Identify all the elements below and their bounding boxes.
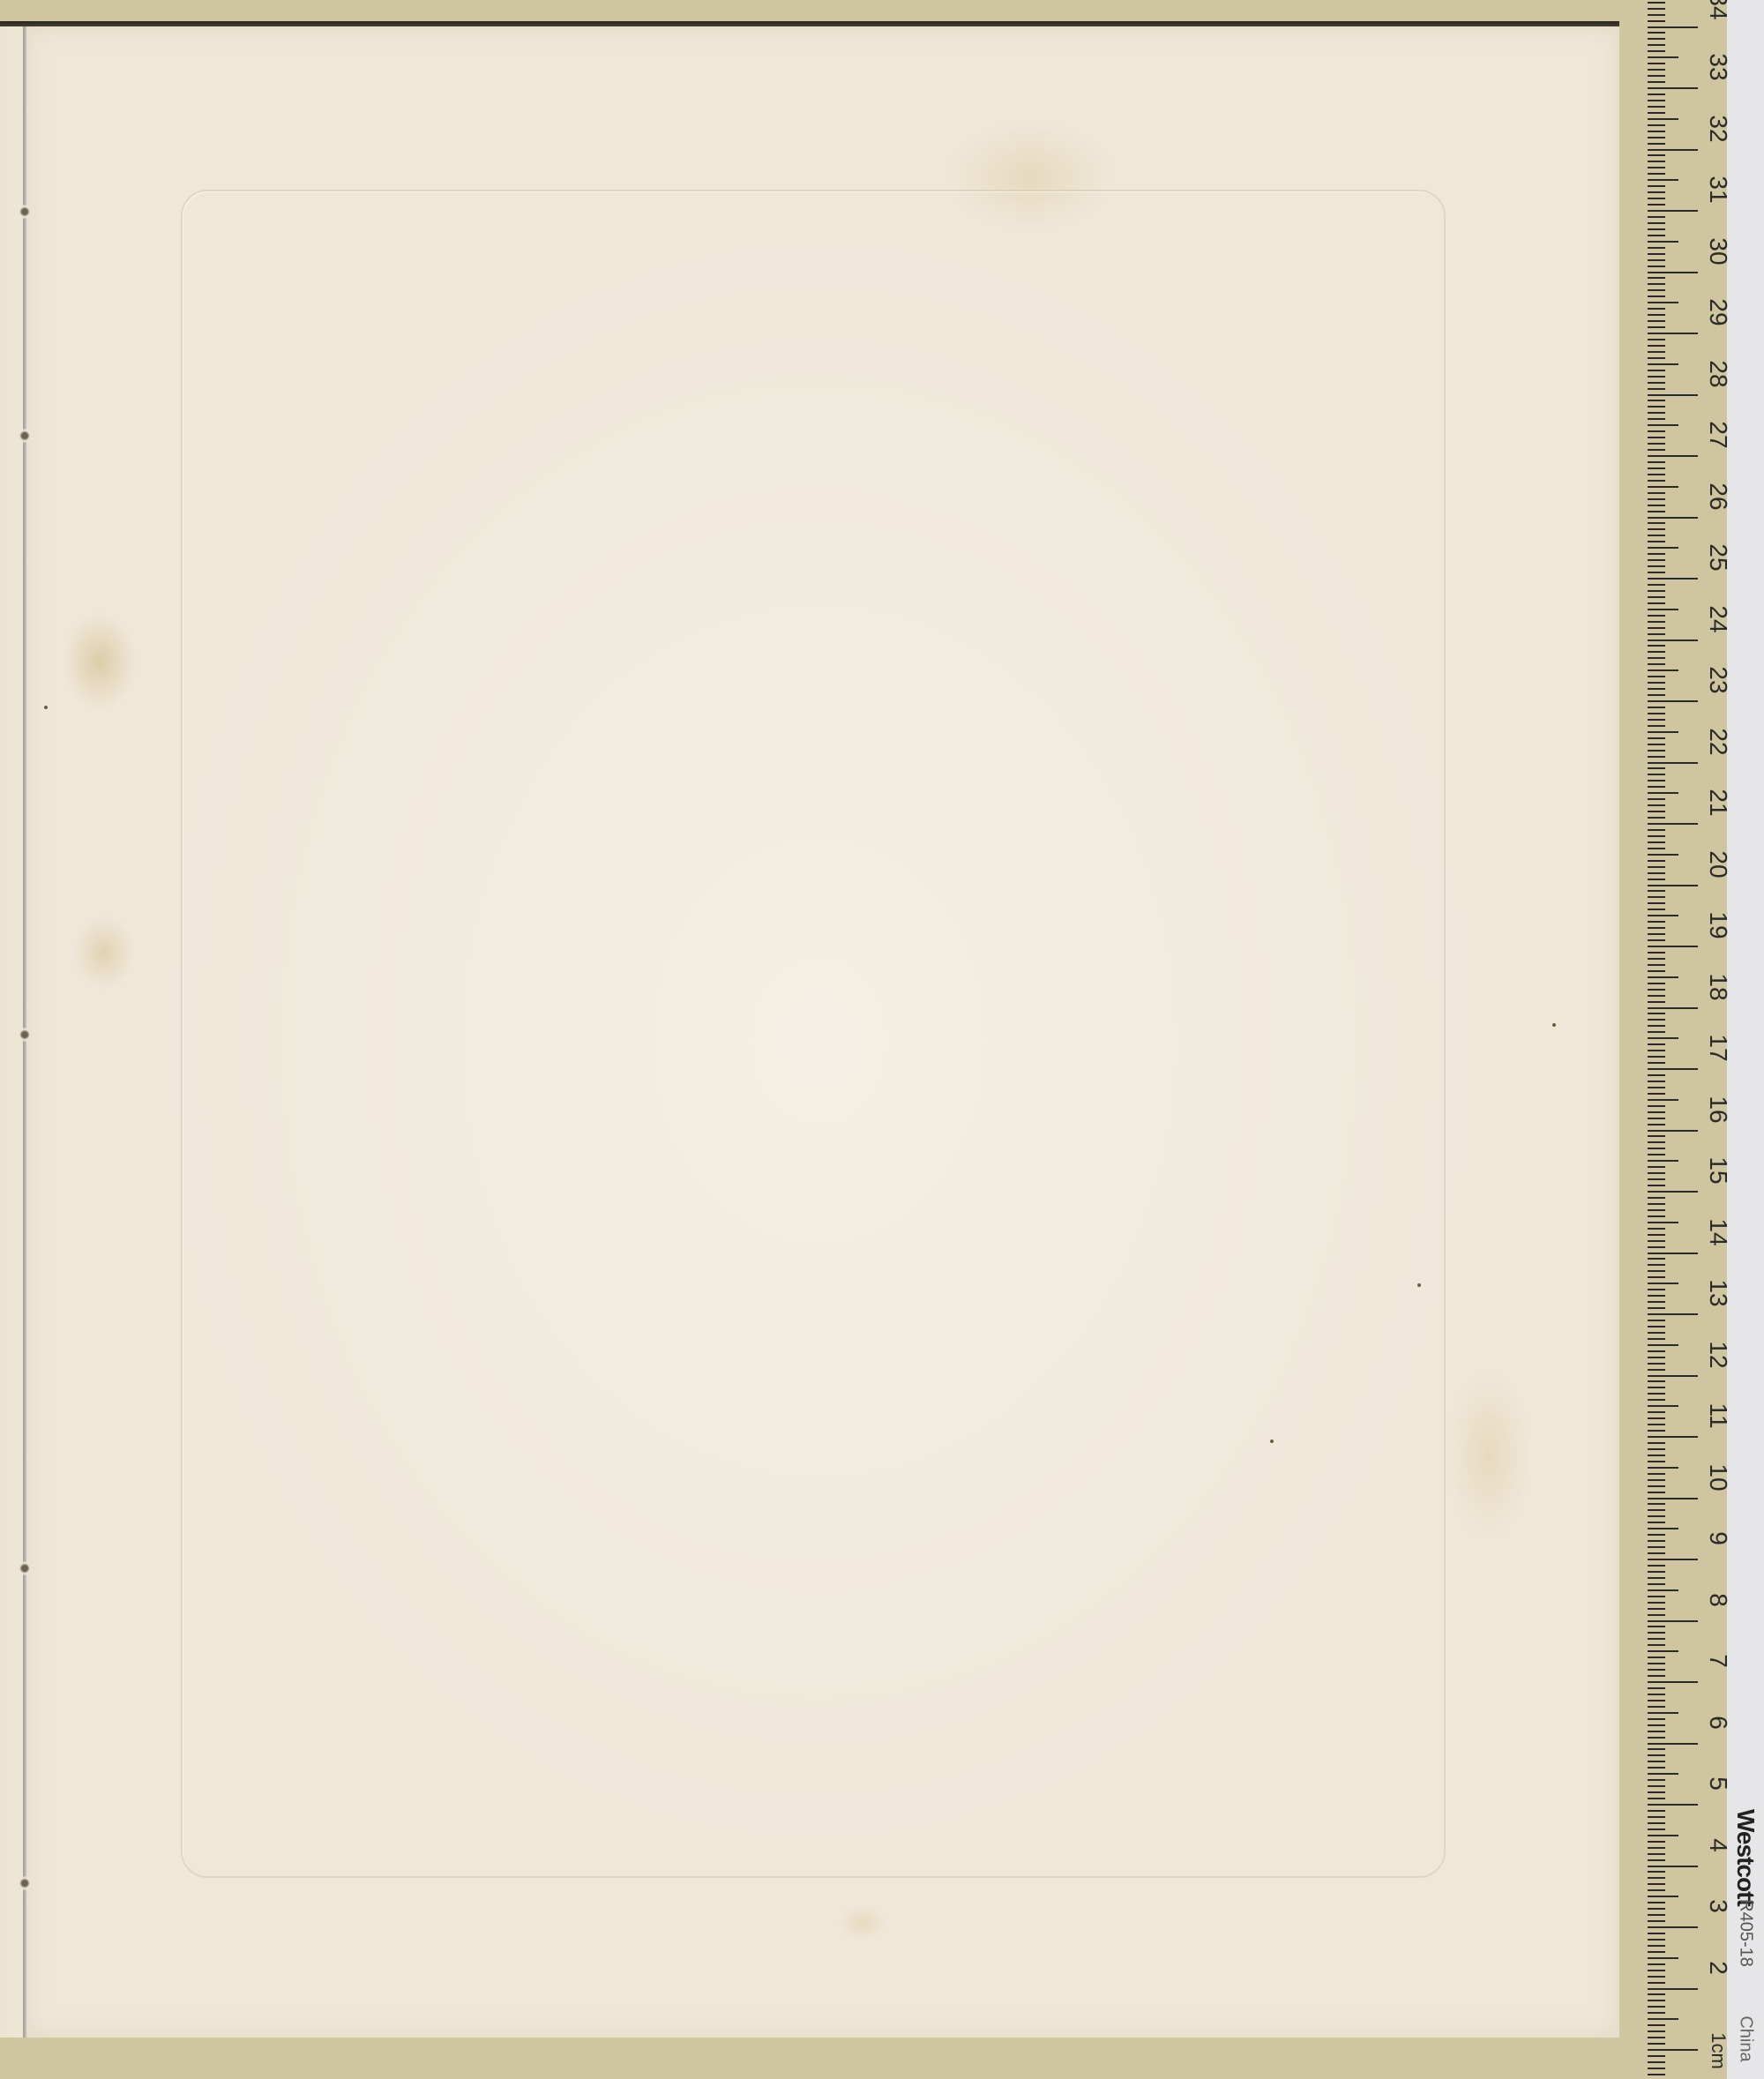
ruler-tick [1648,424,1678,426]
ruler-tick [1648,744,1665,745]
ruler-tick [1648,885,1698,886]
ruler-tick [1648,1681,1698,1683]
ruler-tick [1648,1093,1665,1095]
ruler-tick [1648,535,1665,536]
ruler-tick [1648,663,1665,665]
ruler-tick [1648,1614,1665,1616]
ruler-tick [1648,1276,1665,1278]
ruler-tick [1648,756,1665,758]
ruler-tick [1648,1847,1665,1849]
ruler-tick [1648,253,1665,255]
ruler-tick [1648,370,1665,371]
ruler-tick [1648,326,1665,328]
ruler-tick [1648,1871,1665,1873]
ruler-tick [1648,1767,1665,1769]
ruler-number: 3 [1705,1880,1731,1933]
stitch-hole [16,1028,34,1042]
ruler-number: 16 [1705,1083,1731,1136]
ruler-tick [1648,81,1665,83]
ruler-tick [1648,1896,1678,1897]
ruler-number: 6 [1705,1696,1731,1749]
ruler-tick [1648,1369,1665,1371]
ruler-tick [1648,572,1665,573]
ruler-tick [1648,792,1678,794]
ruler-tick [1648,860,1665,862]
ruler-tick [1648,345,1665,347]
ruler-tick [1648,112,1665,114]
ruler-tick [1648,517,1698,519]
ruler-number: 9 [1705,1512,1731,1565]
ruler-tick [1648,848,1665,849]
ruler-tick [1648,1467,1678,1469]
ruler-tick [1648,1013,1665,1014]
ruler-tick [1648,486,1678,488]
ruler-tick [1648,1552,1665,1554]
ruler-tick [1648,1240,1665,1242]
ruler-tick [1648,87,1698,89]
ruler-tick [1648,1503,1665,1505]
ruler-tick [1648,651,1665,653]
ruler-tick [1648,1816,1665,1818]
ruler-tick [1648,762,1698,764]
ruler-tick [1648,1571,1665,1573]
ruler-tick [1648,511,1665,512]
ruler-tick [1648,995,1665,997]
ruler-tick [1648,167,1665,168]
ruler-number: 33 [1705,41,1731,93]
ruler-tick [1648,798,1665,800]
ruler-tick [1648,964,1665,966]
ruler-tick [1648,1810,1665,1812]
ruler-tick [1648,1988,1698,1990]
ruler-tick [1648,786,1665,788]
ruler-tick [1648,44,1665,46]
ruler-number: 28 [1705,348,1731,400]
ruler-tick [1648,774,1665,775]
ruler-tick [1648,1455,1665,1456]
ruler-tick [1648,1976,1665,1978]
ruler-tick [1648,933,1665,935]
ruler-tick [1648,528,1665,530]
ruler-tick [1648,1963,1665,1965]
ruler-tick [1648,1172,1665,1174]
stitch-hole [16,429,34,443]
ruler-tick [1648,731,1678,733]
ruler-number: 32 [1705,102,1731,155]
ruler-tick [1648,1043,1665,1045]
ruler-tick [1648,1596,1665,1597]
ruler-tick [1648,1411,1665,1413]
ruler-tick [1648,1375,1698,1377]
ruler-tick [1648,1706,1665,1708]
ruler-tick [1648,1283,1678,1284]
ruler-tick [1648,700,1698,702]
ruler-tick [1648,1154,1665,1155]
ruler-tick [1648,1859,1665,1861]
ruler-tick [1648,1081,1665,1082]
ruler-tick [1648,1234,1665,1236]
ruler-tick [1648,1754,1665,1756]
ruler-tick [1648,1019,1665,1021]
ruler-number: 25 [1705,531,1731,584]
ruler-tick [1648,872,1665,874]
ruler-tick [1648,1062,1665,1064]
ruler-tick [1648,118,1678,120]
ruler-number: 10 [1705,1451,1731,1504]
foxing-speck [1552,1023,1556,1027]
ruler-tick [1648,1577,1665,1579]
ruler-number: 14 [1705,1206,1731,1259]
ruler-tick [1648,1559,1698,1560]
ruler-tick [1648,1712,1678,1714]
ruler-tick [1648,609,1678,610]
ruler-tick [1648,2024,1665,2026]
ruler-tick [1648,896,1665,898]
ruler-tick [1648,541,1665,542]
ruler-tick [1648,1828,1665,1830]
ruler-tick [1648,1638,1665,1640]
ruler-tick [1648,1798,1665,1799]
ruler-tick [1648,259,1665,261]
ruler-tick [1648,1148,1665,1149]
ruler-tick [1648,1773,1678,1775]
ruler-tick [1648,1203,1665,1205]
plate-mark [181,190,1446,1878]
ruler-tick [1648,406,1665,408]
ruler-number: 20 [1705,838,1731,891]
ruler-tick [1648,1124,1665,1126]
foxing-speck [44,706,48,709]
ruler-tick [1648,69,1665,71]
ruler-tick [1648,854,1678,856]
ruler-number: 31 [1705,163,1731,216]
ruler-tick [1648,1748,1665,1750]
ruler-tick [1648,817,1665,819]
ruler-tick [1648,1178,1665,1180]
ruler-tick [1648,1602,1665,1604]
ruler-tick [1648,1326,1665,1327]
ruler-tick [1648,1424,1665,1425]
ruler-tick [1648,1289,1665,1290]
ruler-tick [1648,1037,1678,1039]
ruler-tick [1648,1785,1665,1787]
ruler-number: 12 [1705,1328,1731,1381]
ruler-tick [1648,1804,1698,1806]
ruler-number: 34 [1705,0,1731,33]
ruler-tick [1648,737,1665,739]
ruler-tick [1648,1350,1665,1352]
ruler-origin: China [1736,2004,1756,2075]
ruler-tick [1648,804,1665,806]
ruler-tick [1648,241,1678,243]
ruler-number: 5 [1705,1757,1731,1810]
ruler-tick [1648,676,1665,677]
ruler-tick [1648,412,1665,414]
ruler-tick [1648,946,1698,947]
ruler-tick [1648,1301,1665,1303]
foxing-speck [1270,1440,1274,1443]
ruler-tick [1648,1663,1665,1664]
ruler-tick [1648,1387,1665,1388]
ruler-tick [1648,578,1698,580]
ruler-tick [1648,1344,1678,1346]
ruler-tick [1648,1608,1665,1610]
ruler-tick [1648,50,1665,52]
ruler-tick [1648,1417,1665,1419]
ruler-tick [1648,1485,1665,1487]
ruler-tick [1648,235,1665,236]
ruler-tick [1648,1822,1665,1824]
ruler-tick [1648,909,1665,910]
ruler-tick [1648,1933,1665,1934]
ruler-tick [1648,1632,1665,1634]
ruler-tick [1648,1332,1665,1334]
ruler-tick [1648,2000,1665,2001]
ruler-tick [1648,1656,1665,1658]
ruler-tick [1648,1405,1678,1407]
ruler-tick [1648,100,1665,101]
ruler-number: 22 [1705,715,1731,768]
ruler-tick [1648,1448,1665,1450]
ruler-tick [1648,1724,1665,1726]
ruler-tick [1648,8,1665,10]
ruler-tick [1648,1908,1665,1910]
ruler-tick [1648,1565,1665,1567]
ruler-number: 15 [1705,1144,1731,1197]
ruler-tick [1648,455,1698,457]
ruler-model: R405-18 [1736,1898,1756,1969]
ruler-tick [1648,553,1665,555]
ruler-tick [1648,474,1665,475]
ruler-tick [1648,989,1665,991]
ruler-tick [1648,915,1678,916]
ruler-tick [1648,547,1678,549]
ruler-tick [1648,1436,1698,1438]
ruler-number: 23 [1705,654,1731,707]
ruler-tick [1648,1522,1665,1523]
ruler-tick [1648,505,1665,506]
ruler-tick [1648,1320,1665,1321]
ruler-tick [1648,1914,1665,1916]
ruler-tick [1648,958,1665,960]
ruler-tick [1648,1191,1698,1193]
ruler-number: 29 [1705,286,1731,339]
ruler-tick [1648,1737,1665,1739]
ruler-tick [1648,443,1665,445]
ruler-tick [1648,1841,1665,1843]
stitch-hole [16,205,34,219]
ruler-tick [1648,20,1665,22]
ruler-tick [1648,137,1665,138]
ruler-tick [1648,204,1665,206]
ruler-tick [1648,26,1698,28]
ruler-tick [1648,939,1665,941]
ruler-tick [1648,1920,1665,1922]
ruler-tick [1648,1031,1665,1033]
ruler-tick [1648,1068,1698,1070]
ruler-tick [1648,1669,1665,1671]
ruler-tick [1648,106,1665,108]
ruler-tick [1648,1951,1665,1953]
ruler-tick [1648,627,1665,629]
ruler-tick [1648,93,1665,95]
ruler-tick [1648,780,1665,781]
ruler-tick [1648,682,1665,684]
ruler-tick [1648,1295,1665,1297]
ruler-tick [1648,1546,1665,1548]
ruler-number: 11 [1705,1389,1731,1442]
ruler-tick [1648,522,1665,524]
ruler-tick [1648,1228,1665,1230]
ruler-tick [1648,970,1665,972]
ruler-tick [1648,890,1665,892]
ruler-tick [1648,498,1665,500]
ruler-tick [1648,565,1665,567]
ruler-tick [1648,1130,1698,1132]
ruler-tick [1648,314,1665,316]
ruler-tick [1648,1791,1665,1793]
ruler-tick [1648,1264,1665,1266]
ruler-tick [1648,1215,1665,1217]
ruler-tick [1648,2030,1665,2032]
ruler-tick [1648,382,1665,384]
ruler-number: 21 [1705,776,1731,829]
ruler-tick [1648,1743,1698,1745]
ruler-tick [1648,976,1678,978]
ruler-tick [1648,1442,1665,1444]
ruler-tick [1648,1380,1665,1382]
ruler-tick [1648,725,1665,727]
ruler-tick [1648,418,1665,420]
ruler-number: 24 [1705,593,1731,646]
ruler-tick [1648,1253,1698,1254]
ruler-tick [1648,2037,1665,2038]
ruler-tick [1648,1700,1665,1701]
ruler-tick [1648,363,1678,365]
ruler-tick [1648,1118,1665,1119]
ruler-tick [1648,1025,1665,1027]
ruler-tick [1648,1473,1665,1475]
ruler-tick [1648,1982,1665,1984]
ruler-tick [1648,216,1665,218]
ruler-tick [1648,1160,1678,1162]
ruler-tick [1648,1620,1698,1622]
ruler-tick [1648,210,1698,212]
ruler-tick [1648,1111,1665,1113]
ruler-tick [1648,2049,1698,2051]
ruler-tick [1648,1007,1698,1009]
ruler-tick [1648,767,1665,769]
ruler-tick [1648,1853,1665,1855]
ruler-tick [1648,461,1665,463]
ruler-tick [1648,222,1665,224]
ruler-tick [1648,866,1665,868]
ruler-tick [1648,1957,1678,1959]
ruler-tick [1648,1626,1665,1627]
ruler-tick [1648,1877,1665,1879]
ruler-tick [1648,2012,1665,2014]
ruler-tick [1648,1056,1665,1058]
ruler-number: 13 [1705,1267,1731,1320]
ruler-tick [1648,467,1665,469]
ruler-tick [1648,1528,1678,1529]
ruler-tick [1648,143,1665,145]
foxing-speck [1417,1283,1421,1287]
ruler-tick [1648,437,1665,438]
ruler-tick [1648,308,1665,310]
ruler-tick [1648,1363,1665,1365]
ruler-tick [1648,596,1665,598]
ruler-tick [1648,823,1698,825]
ruler-tick [1648,1939,1665,1941]
ruler-tick [1648,400,1665,401]
ruler-tick [1648,1258,1665,1260]
ruler-tick [1648,1105,1665,1107]
ruler-tick [1648,2043,1665,2045]
ruler-tick [1648,351,1665,353]
ruler-tick [1648,63,1665,64]
ruler-tick [1648,1540,1665,1542]
ruler-tick [1648,1185,1665,1186]
ruler-tick [1648,1393,1665,1395]
ruler-tick [1648,1087,1665,1088]
ruler-tick [1648,1731,1665,1732]
ruler-number: 19 [1705,899,1731,952]
ruler-tick [1648,185,1665,187]
ruler-tick [1648,1050,1665,1051]
ruler-number: 26 [1705,470,1731,523]
ruler-tick [1648,1313,1698,1315]
ruler-tick [1648,1835,1678,1836]
ruler-tick [1648,1141,1665,1143]
ruler-tick [1648,811,1665,812]
ruler-tick [1648,1779,1665,1781]
ruler-tick [1648,1883,1665,1885]
ruler-tick [1648,902,1665,904]
stitch-hole [16,1876,34,1890]
ruler-tick [1648,829,1665,831]
ruler-number: 8 [1705,1574,1731,1627]
ruler-number: 4 [1705,1819,1731,1872]
ruler-tick [1648,357,1665,359]
ruler-number: 2 [1705,1941,1731,1994]
ruler-tick [1648,1135,1665,1137]
ruler-tick [1648,1246,1665,1248]
ruler-tick [1648,1866,1698,1867]
ruler-tick [1648,179,1678,181]
ruler-number: 18 [1705,961,1731,1013]
ruler-tick [1648,1644,1665,1646]
ruler-tick [1648,707,1665,708]
ruler-tick [1648,584,1665,586]
ruler-tick [1648,694,1665,696]
ruler-tick [1648,1001,1665,1003]
ruler-tick [1648,835,1665,837]
ruler-tick [1648,1479,1665,1481]
ruler-tick [1648,639,1698,641]
ruler-brand: Westcott [1731,1809,1760,1880]
ruler-tick [1648,149,1698,151]
ruler-tick [1648,921,1665,923]
ruler-tick [1648,983,1665,984]
ruler-tick [1648,1430,1665,1432]
ruler-tick [1648,2068,1665,2069]
ruler-tick [1648,272,1698,273]
ruler-tick [1648,879,1665,880]
ruler-tick [1648,633,1665,635]
ruler-tick [1648,1461,1665,1462]
ruler-tick [1648,376,1665,378]
